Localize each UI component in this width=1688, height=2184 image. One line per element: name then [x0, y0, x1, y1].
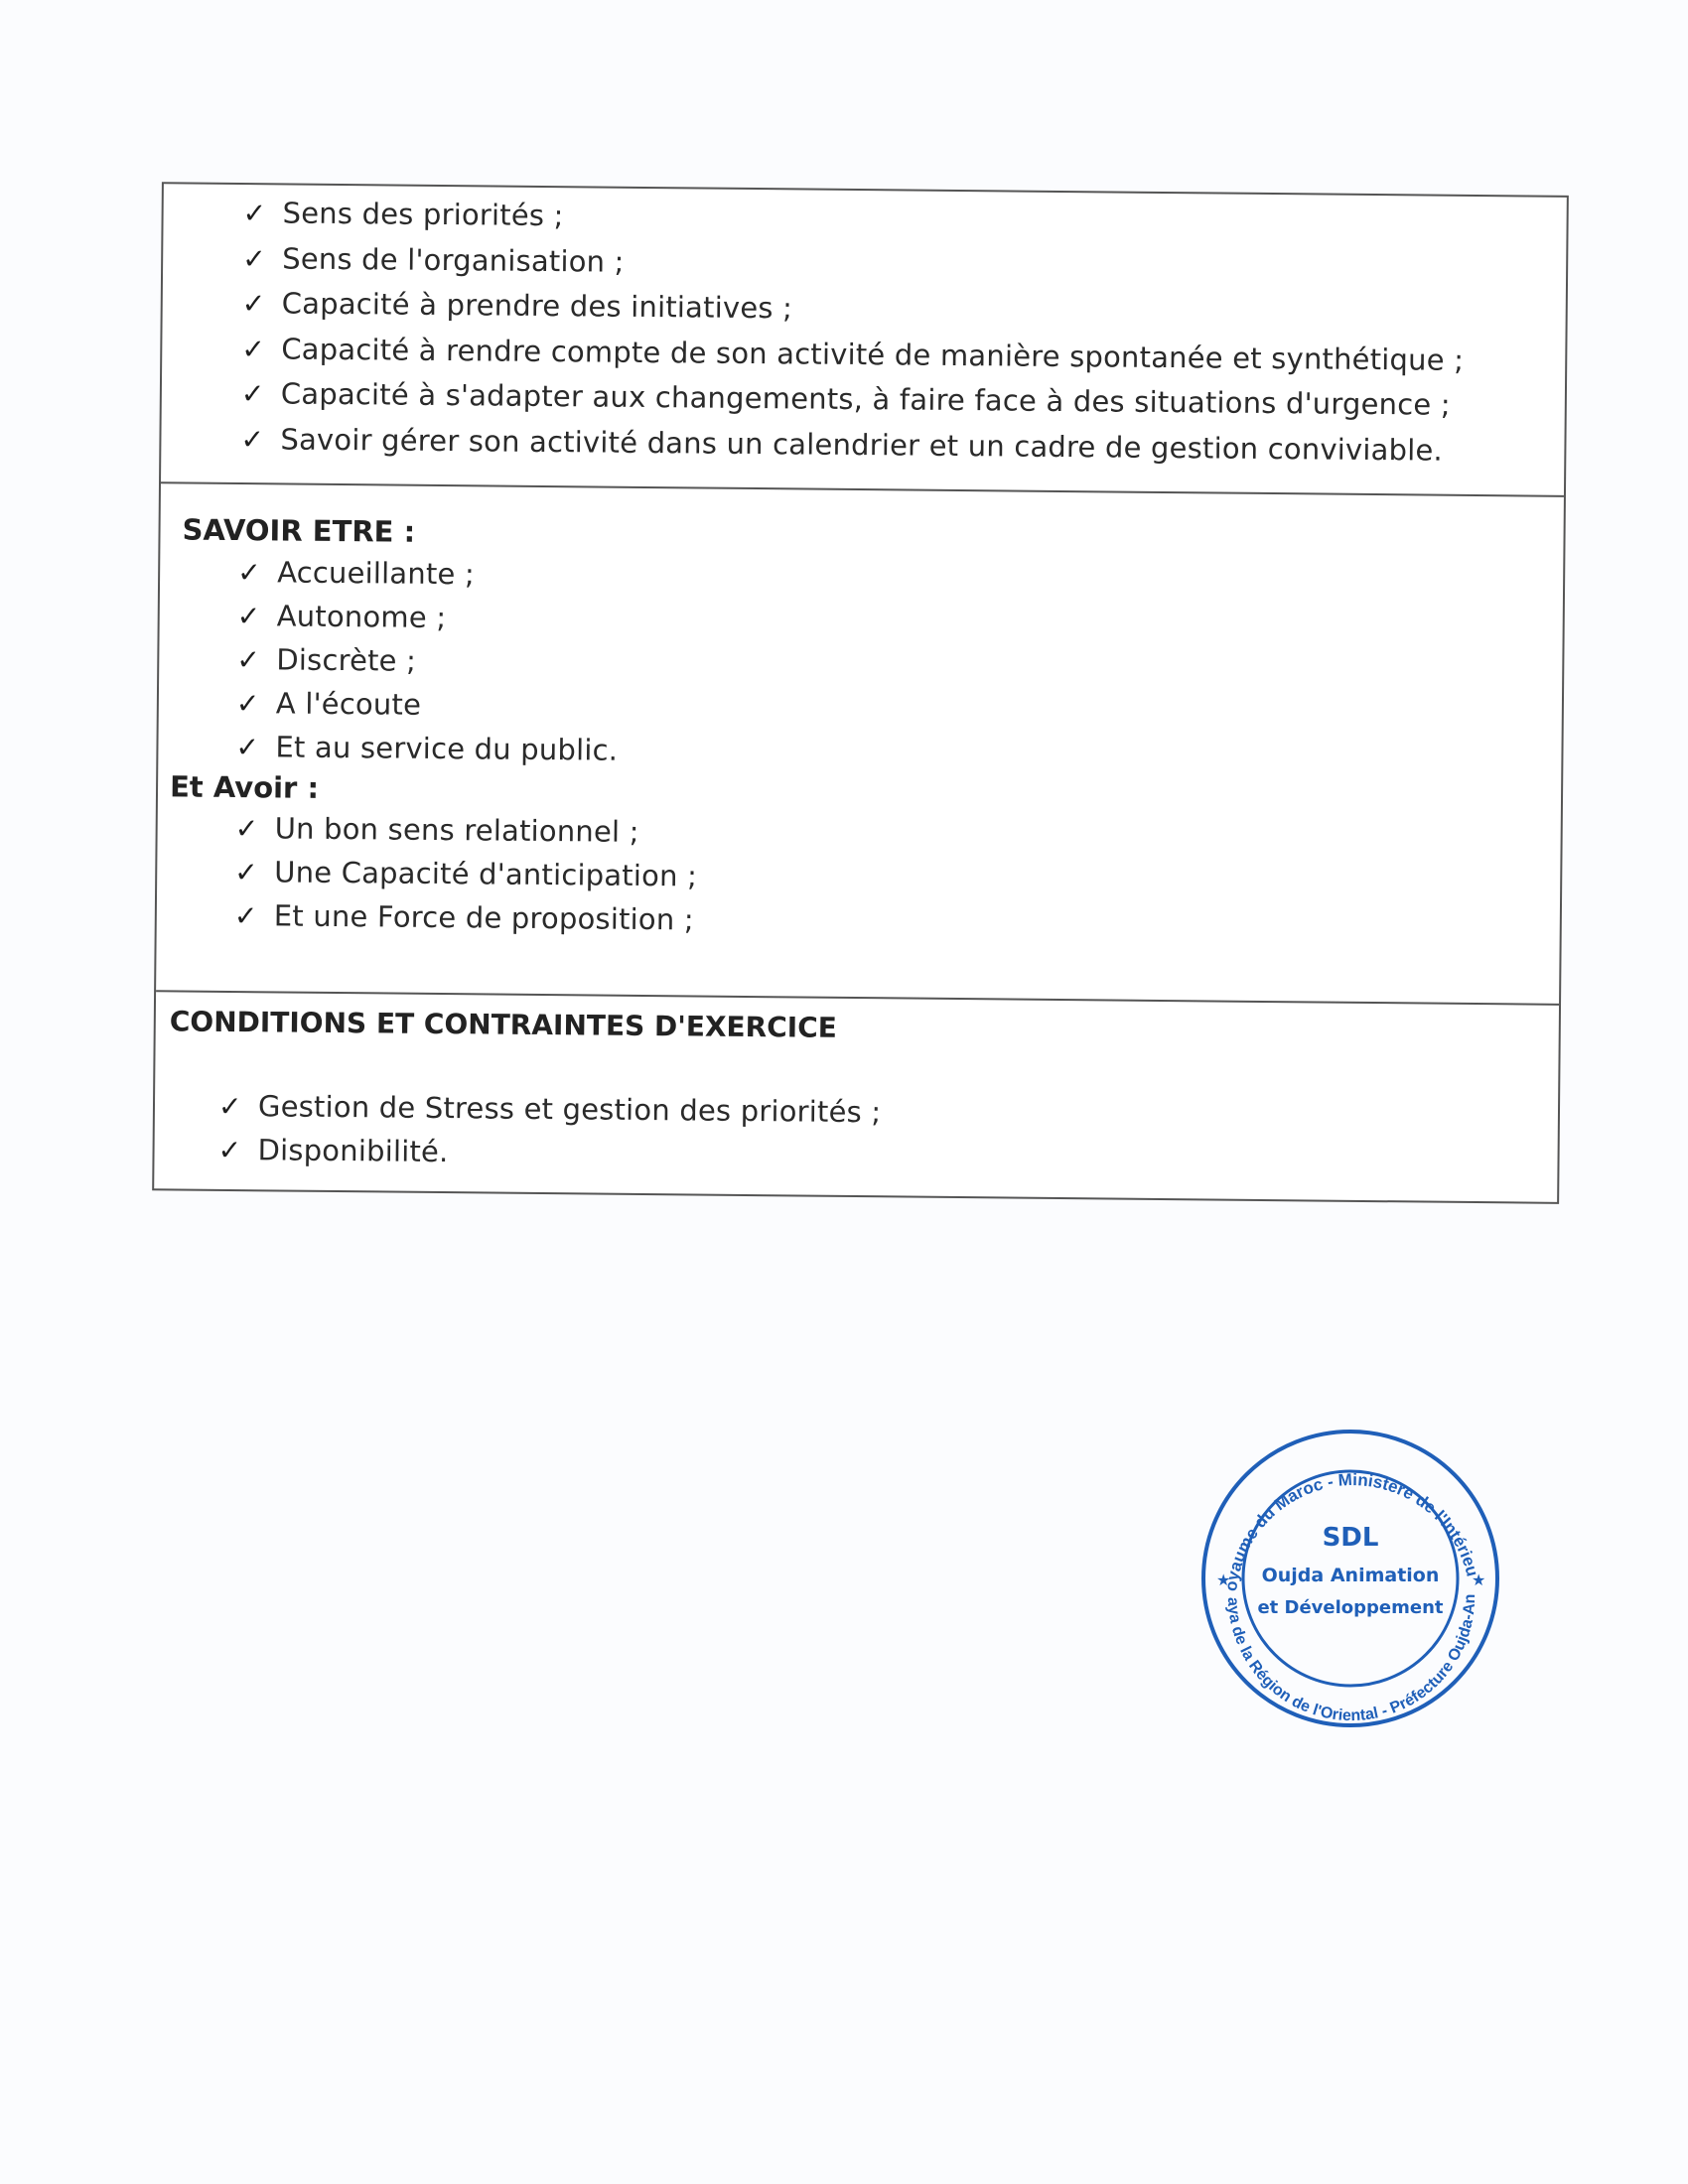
checkmark-icon: ✓: [236, 637, 276, 682]
checkmark-icon: ✓: [234, 893, 274, 938]
list-item-text: Accueillante ;: [277, 550, 475, 597]
checkmark-icon: ✓: [241, 371, 281, 416]
job-profile-table: ✓Sens des priorités ;✓Sens de l'organisa…: [152, 182, 1569, 1204]
checkmark-icon: ✓: [242, 281, 282, 326]
conditions-list: ✓Gestion de Stress et gestion des priori…: [154, 1041, 1558, 1184]
list-item-text: Sens de l'organisation ;: [282, 236, 625, 284]
list-item-text: Capacité à prendre des initiatives ;: [282, 282, 793, 332]
star-icon: ★: [1216, 1570, 1230, 1589]
checkmark-icon: ✓: [234, 850, 274, 894]
checkmark-icon: ✓: [237, 594, 277, 638]
official-stamp: Royaume du Maroc - Ministère de l'Intéri…: [1196, 1425, 1504, 1732]
checkmark-icon: ✓: [236, 681, 276, 726]
checkmark-icon: ✓: [237, 550, 277, 595]
list-item-text: Disponibilité.: [257, 1128, 448, 1174]
scanned-page: ✓Sens des priorités ;✓Sens de l'organisa…: [0, 0, 1688, 2184]
stamp-line-2: et Développement: [1257, 1597, 1443, 1618]
savoir-etre-list: ✓Accueillante ;✓Autonome ;✓Discrète ;✓A …: [158, 549, 1563, 781]
checkmark-icon: ✓: [218, 1083, 258, 1128]
stamp-title: SDL: [1323, 1523, 1379, 1553]
list-item-text: Gestion de Stress et gestion des priorit…: [258, 1084, 882, 1135]
et-avoir-list: ✓Un bon sens relationnel ;✓Une Capacité …: [157, 805, 1561, 950]
checkmark-icon: ✓: [234, 806, 274, 851]
list-item-text: Et au service du public.: [275, 725, 618, 772]
list-item-text: Discrète ;: [276, 637, 416, 683]
checkmark-icon: ✓: [235, 725, 275, 769]
list-item-text: Autonome ;: [277, 594, 447, 640]
section-competences: ✓Sens des priorités ;✓Sens de l'organisa…: [161, 184, 1567, 497]
star-icon: ★: [1472, 1570, 1485, 1589]
checkmark-icon: ✓: [242, 236, 282, 281]
checkmark-icon: ✓: [242, 191, 282, 235]
stamp-line-1: Oujda Animation: [1262, 1565, 1440, 1586]
section-savoir-etre: SAVOIR ETRE : ✓Accueillante ;✓Autonome ;…: [156, 483, 1564, 1006]
checkmark-icon: ✓: [241, 327, 281, 371]
list-item-text: Une Capacité d'anticipation ;: [274, 850, 697, 898]
list-item-text: A l'écoute: [276, 681, 422, 727]
section-conditions: CONDITIONS ET CONTRAINTES D'EXERCICE ✓Ge…: [154, 992, 1559, 1202]
list-item-text: Sens des priorités ;: [282, 192, 563, 239]
competences-list: ✓Sens des priorités ;✓Sens de l'organisa…: [161, 186, 1567, 475]
checkmark-icon: ✓: [240, 417, 280, 462]
list-item-text: Et une Force de proposition ;: [274, 893, 694, 942]
checkmark-icon: ✓: [217, 1127, 257, 1171]
list-item-text: Un bon sens relationnel ;: [274, 806, 638, 855]
